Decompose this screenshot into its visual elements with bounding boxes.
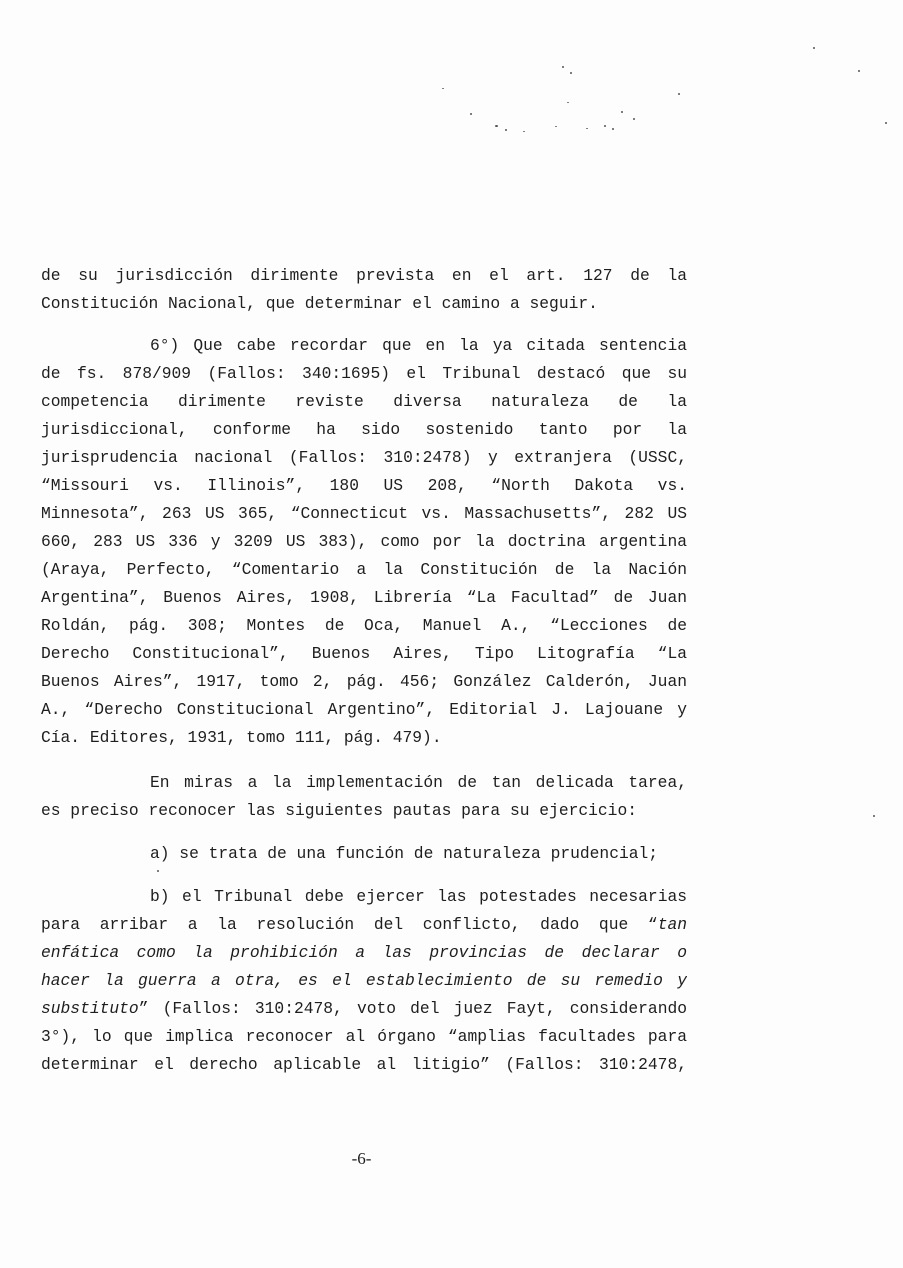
paragraph-p-b: b) el Tribunal debe ejercer las potestad…	[41, 883, 687, 1079]
text-segment: ” (Fallos: 310:2478, voto del juez Fayt,…	[139, 999, 687, 1018]
paragraph-p-en-miras: En miras a la implementación de tan deli…	[41, 769, 687, 825]
italic-quote: enfática como la prohibición a las provi…	[41, 943, 687, 962]
text-line: “Missouri vs. Illinois”, 180 US 208, “No…	[41, 472, 687, 500]
italic-quote: hacer la guerra a otra, es el establecim…	[41, 971, 687, 990]
text-line: b) el Tribunal debe ejercer las potestad…	[41, 883, 687, 911]
text-line: Constitución Nacional, que determinar el…	[41, 290, 687, 318]
paragraph-p-a: a) se trata de una función de naturaleza…	[41, 840, 687, 868]
text-segment: para arribar a la resolución del conflic…	[41, 915, 658, 934]
text-line: 3°), lo que implica reconocer al órgano …	[41, 1023, 687, 1051]
italic-quote: tan	[658, 915, 687, 934]
text-line: Argentina”, Buenos Aires, 1908, Librería…	[41, 584, 687, 612]
text-line: En miras a la implementación de tan deli…	[41, 769, 687, 797]
text-line: jurisdiccional, conforme ha sido sosteni…	[41, 416, 687, 444]
page-number: -6-	[0, 1149, 723, 1169]
text-line: para arribar a la resolución del conflic…	[41, 911, 687, 939]
text-line: es preciso reconocer las siguientes paut…	[41, 797, 687, 825]
text-line: de su jurisdicción dirimente prevista en…	[41, 262, 687, 290]
text-line: A., “Derecho Constitucional Argentino”, …	[41, 696, 687, 724]
text-line: de fs. 878/909 (Fallos: 340:1695) el Tri…	[41, 360, 687, 388]
text-line: Minnesota”, 263 US 365, “Connecticut vs.…	[41, 500, 687, 528]
document-page: de su jurisdicción dirimente prevista en…	[0, 0, 903, 1268]
text-line: Cía. Editores, 1931, tomo 111, pág. 479)…	[41, 724, 687, 752]
paragraph-p-continuation: de su jurisdicción dirimente prevista en…	[41, 262, 687, 318]
text-line: Derecho Constitucional”, Buenos Aires, T…	[41, 640, 687, 668]
text-line: Roldán, pág. 308; Montes de Oca, Manuel …	[41, 612, 687, 640]
text-line: competencia dirimente reviste diversa na…	[41, 388, 687, 416]
text-line: determinar el derecho aplicable al litig…	[41, 1051, 687, 1079]
text-line: 660, 283 US 336 y 3209 US 383), como por…	[41, 528, 687, 556]
text-line: (Araya, Perfecto, “Comentario a la Const…	[41, 556, 687, 584]
italic-quote: substituto	[41, 999, 139, 1018]
text-line: enfática como la prohibición a las provi…	[41, 939, 687, 967]
text-line: jurisprudencia nacional (Fallos: 310:247…	[41, 444, 687, 472]
text-line: a) se trata de una función de naturaleza…	[41, 840, 687, 868]
paragraph-p-6: 6°) Que cabe recordar que en la ya citad…	[41, 332, 687, 752]
text-line: hacer la guerra a otra, es el establecim…	[41, 967, 687, 995]
text-line: substituto” (Fallos: 310:2478, voto del …	[41, 995, 687, 1023]
text-line: Buenos Aires”, 1917, tomo 2, pág. 456; G…	[41, 668, 687, 696]
text-line: 6°) Que cabe recordar que en la ya citad…	[41, 332, 687, 360]
